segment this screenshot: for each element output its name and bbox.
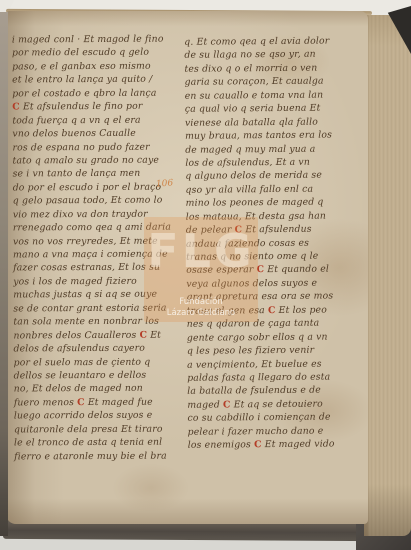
manuscript-line: et le entro la lança ya quito / <box>12 73 180 87</box>
watermark-text-line2: Lázaro Galdiano <box>167 308 236 319</box>
rubric-paragraph-mark: C <box>268 305 276 316</box>
manuscript-line: fierro e ataronle muy bie el bra <box>14 449 182 463</box>
manuscript-line: nonbres delos Caualleros C Et <box>13 328 181 342</box>
manuscript-line: luego acorrido delos suyos e <box>14 409 182 423</box>
manuscript-line: le el tronco de asta q tenia enl <box>14 436 182 450</box>
folio-number: 106 <box>156 178 174 189</box>
watermark-text-line1: Fundación <box>179 297 222 308</box>
manuscript-line: paso, e el ganbax eso mismo <box>12 59 180 73</box>
manuscript-photo: i maged conl · Et magod le finopor medio… <box>0 0 411 550</box>
rubric-paragraph-mark: C <box>12 102 20 113</box>
manuscript-line: tato q amalo su grado no caye <box>13 153 181 167</box>
rubric-paragraph-mark: C <box>77 397 85 408</box>
archive-watermark: FLG Fundación Lázaro Galdiano <box>144 217 258 322</box>
manuscript-line: quitaronle dela presa Et tiraro <box>14 422 182 436</box>
fore-edge-pages <box>364 15 411 536</box>
manuscript-line: dellos se leuantaro e dellos <box>14 368 182 382</box>
rubric-paragraph-mark: C <box>140 329 148 340</box>
manuscript-line: ros de espana no pudo fazer <box>12 140 180 154</box>
rubric-paragraph-mark: C <box>223 399 231 410</box>
manuscript-line: q gelo pasaua todo, Et como lo <box>13 194 181 208</box>
manuscript-line: vno delos buenos Caualle <box>12 127 180 141</box>
manuscript-line: por el suelo mas de çiento q <box>14 355 182 369</box>
manuscript-line: delos de afsulendus cayero <box>13 342 181 356</box>
rubric-paragraph-mark: C <box>254 439 262 450</box>
watermark-logo: FLG <box>144 219 258 283</box>
manuscript-line: i maged conl · Et magod le fino <box>12 33 180 47</box>
binding-gutter <box>0 12 8 536</box>
manuscript-line: C Et afsulendus le fino por <box>12 100 180 114</box>
manuscript-line: no, Et delos de maged non <box>14 382 182 396</box>
manuscript-line: los enemigos C Et maged vido <box>188 437 368 452</box>
manuscript-line: toda fuerça q a vn q el era <box>12 113 180 127</box>
manuscript-line: por medio del escudo q gelo <box>12 46 180 60</box>
manuscript-line: por el costado e qbro la lança <box>12 86 180 100</box>
manuscript-line: fuero menos C Et maged fue <box>14 395 182 409</box>
